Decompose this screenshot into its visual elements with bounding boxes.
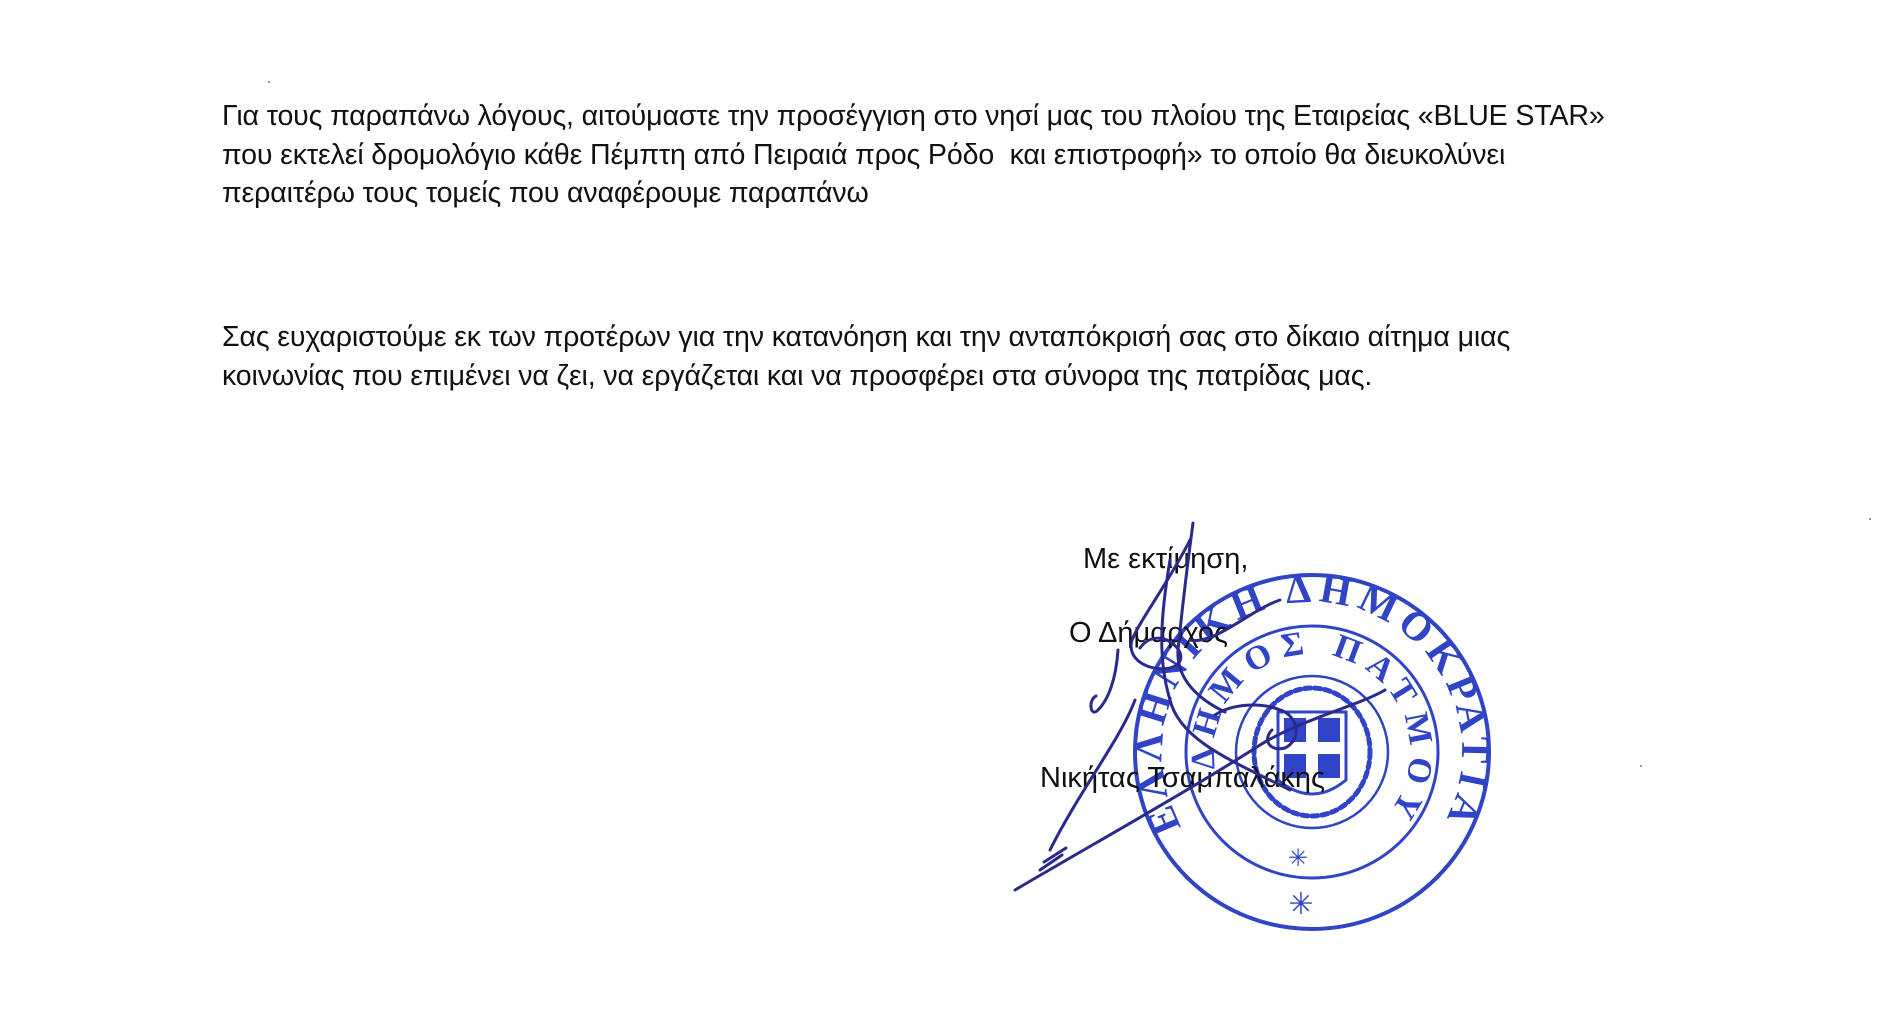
signatory-name: Νικήτας Τσαμπαλάκης [1040, 762, 1325, 795]
signatory-title: Ο Δήμαρχος [1069, 617, 1228, 650]
stamp-outer-text: ΕΛΛΗΝΙΚΗ ΔΗΜΟΚΡΑΤΙΑ [1125, 565, 1498, 841]
scanned-letter-page: Για τους παραπάνω λόγους, αιτούμαστε την… [0, 0, 1900, 1014]
municipality-stamp: ΕΛΛΗΝΙΚΗ ΔΗΜΟΚΡΑΤΙΑ ΔΗΜΟΣ ΠΑΤΜΟΥ ✳ ✳ [0, 0, 1900, 1014]
stamp-inner-text: ΔΗΜΟΣ ΠΑΤΜΟΥ [1185, 624, 1441, 830]
stamp-star-icon: ✳ [1288, 888, 1313, 921]
stamp-star-icon: ✳ [1288, 845, 1308, 872]
closing-salutation: Με εκτίμηση, [1083, 543, 1248, 576]
